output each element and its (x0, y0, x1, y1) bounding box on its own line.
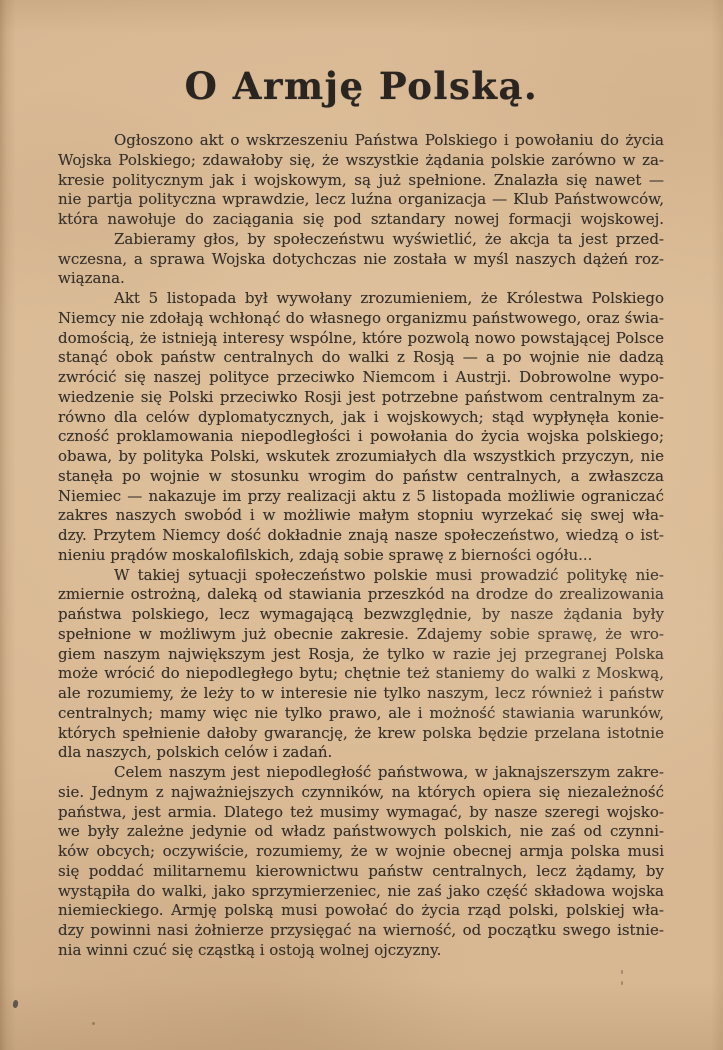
ink-speck (92, 1022, 95, 1025)
text-line: która nawołuje do zaciągania się pod szt… (58, 210, 664, 230)
text-line: stanąć obok państw centralnych do walki … (58, 348, 664, 368)
text-line: nieniu prądów moskalofilskich, zdają sob… (58, 546, 664, 566)
text-line: zwrócić się naszej polityce przeciwko Ni… (58, 368, 664, 388)
text-line: czność proklamowania niepodległości i po… (58, 427, 664, 447)
text-line: domością, że istnieją interesy wspólne, … (58, 329, 664, 349)
text-line: zakres naszych swobód i w możliwie małym… (58, 506, 664, 526)
ink-speck (621, 970, 623, 974)
text-line: nie partja polityczna wprawdzie, lecz lu… (58, 190, 664, 210)
text-line: Niemcy nie zdołają wchłonąć do własnego … (58, 309, 664, 329)
text-line: stanęła po wojnie w stosunku wrogim do p… (58, 467, 664, 487)
text-line: państwa, jest armia. Dlatego też musimy … (58, 803, 664, 823)
text-line: we były zależne jedynie od władz państwo… (58, 822, 664, 842)
text-line: zmiernie ostrożną, daleką od stawiania p… (58, 585, 664, 605)
text-line: równo dla celów dyplomatycznych, jak i w… (58, 408, 664, 428)
text-line: wiedzenie się Polski przeciwko Rosji jes… (58, 388, 664, 408)
text-line: państwa polskiego, lecz wymagającą bezwz… (58, 605, 664, 625)
text-line: Niemiec — nakazuje im przy realizacji ak… (58, 487, 664, 507)
ink-speck (12, 1000, 18, 1009)
text-line: giem naszym największym jest Rosja, że t… (58, 645, 664, 665)
text-line: Ogłoszono akt o wskrzeszeniu Państwa Pol… (58, 131, 664, 151)
text-line: może wrócić do niepodległego bytu; chętn… (58, 664, 664, 684)
text-line: których spełnienie dałoby gwarancję, że … (58, 724, 664, 744)
text-line: Zabieramy głos, by społeczeństwu wyświet… (58, 230, 664, 250)
text-line: W takiej sytuacji społeczeństwo polskie … (58, 566, 664, 586)
document-body: Ogłoszono akt o wskrzeszeniu Państwa Pol… (58, 131, 664, 961)
text-line: spełnione w możliwym już obecnie zakresi… (58, 625, 664, 645)
text-line: wczesna, a sprawa Wojska dotychczas nie … (58, 250, 664, 270)
text-line: dzy. Przytem Niemcy dość dokładnie znają… (58, 526, 664, 546)
text-line: nia winni czuć się cząstką i ostoją woln… (58, 941, 664, 961)
text-line: wystąpiła do walki, jako sprzymierzeniec… (58, 882, 664, 902)
text-line: obawa, by polityka Polski, wskutek zrozu… (58, 447, 664, 467)
text-line: niemieckiego. Armję polską musi powołać … (58, 901, 664, 921)
text-line: centralnych; mamy więc nie tylko prawo, … (58, 704, 664, 724)
text-line: Celem naszym jest niepodległość państwow… (58, 763, 664, 783)
text-line: kresie politycznym jak i wojskowym, są j… (58, 171, 664, 191)
text-line: sie. Jednym z najważniejszych czynników,… (58, 783, 664, 803)
text-line: dla naszych, polskich celów i zadań. (58, 743, 664, 763)
text-line: Wojska Polskiego; zdawałoby się, że wszy… (58, 151, 664, 171)
document-page: O Armję Polską. Ogłoszono akt o wskrzesz… (0, 0, 723, 1050)
text-line: ale rozumiemy, że leży to w interesie ni… (58, 684, 664, 704)
ink-speck (621, 981, 623, 985)
text-line: się poddać militarnemu kierownictwu pańs… (58, 862, 664, 882)
page-title: O Armję Polską. (0, 64, 723, 108)
text-line: Akt 5 listopada był wywołany zrozumienie… (58, 289, 664, 309)
text-line: wiązana. (58, 269, 664, 289)
text-line: dzy powinni nasi żołnierze przysięgać na… (58, 921, 664, 941)
text-line: ków obcych; oczywiście, rozumiemy, że w … (58, 842, 664, 862)
